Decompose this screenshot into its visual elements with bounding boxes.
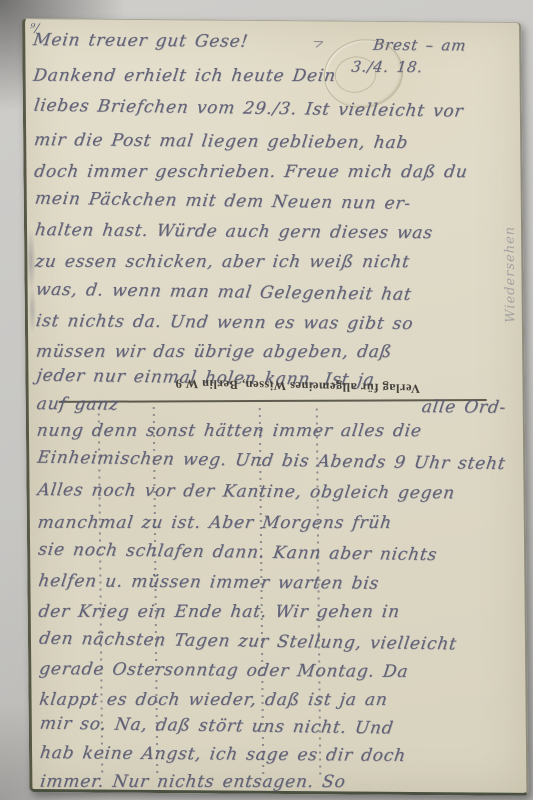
salutation-line: Mein treuer gut Gese! — [32, 29, 517, 55]
message-line: mir die Post mal liegen geblieben, hab — [33, 129, 518, 155]
message-line: müssen wir das übrige abgeben, daß — [35, 341, 520, 363]
message-line: Alles noch vor der Kantine, obgleich geg… — [36, 479, 521, 505]
message-line: gerade Ostersonntag oder Montag. Da — [38, 658, 523, 684]
message-line: Einheimischen weg. Und bis Abends 9 Uhr … — [36, 447, 521, 476]
message-line: zu essen schicken, aber ich weiß nicht — [34, 251, 519, 273]
message-line: was, d. wenn man mal Gelegenheit hat — [34, 279, 519, 308]
message-line: mir so. Na, daß stört uns nicht. Und — [38, 713, 523, 742]
message-line: mein Päckchen mit dem Neuen nun er- — [33, 188, 518, 217]
message-line: doch immer geschrieben. Freue mich daß d… — [33, 161, 518, 183]
message-line: liebes Briefchen vom 29./3. Ist vielleic… — [33, 95, 518, 124]
scanned-postcard-photo: ⁹/ > Brest – am 3./4. 18. Mein treuer gu… — [0, 0, 533, 800]
message-line: halten hast. Würde auch gern dieses was — [34, 219, 519, 245]
message-line: helfen u. müssen immer warten bis — [37, 570, 522, 596]
message-line: sie noch schlafen dann. Kann aber nichts — [37, 539, 522, 568]
vertical-margin-note: Wiedersehen — [502, 204, 518, 344]
message-line: der Krieg ein Ende hat. Wir gehen in — [37, 601, 522, 623]
message-line: ist nichts da. Und wenn es was gibt so — [34, 310, 519, 336]
message-line: immer. Nur nichts entsagen. So — [39, 771, 524, 793]
message-line: nung denn sonst hätten immer alles die — [35, 420, 520, 442]
ink-smudge — [27, 227, 37, 337]
message-line: manchmal zu ist. Aber Morgens früh — [36, 512, 521, 534]
message-line: klappt es doch wieder, daß ist ja an — [38, 689, 523, 711]
message-line: hab keine Angst, ich sage es dir doch — [39, 742, 524, 768]
postcard-back: ⁹/ > Brest – am 3./4. 18. Mein treuer gu… — [22, 18, 528, 796]
message-line-fragment-right: alle Ord- — [420, 396, 518, 419]
message-line: den nächsten Tagen zur Stellung, viellei… — [38, 628, 523, 657]
message-line: Dankend erhielt ich heute Dein — [32, 65, 517, 87]
